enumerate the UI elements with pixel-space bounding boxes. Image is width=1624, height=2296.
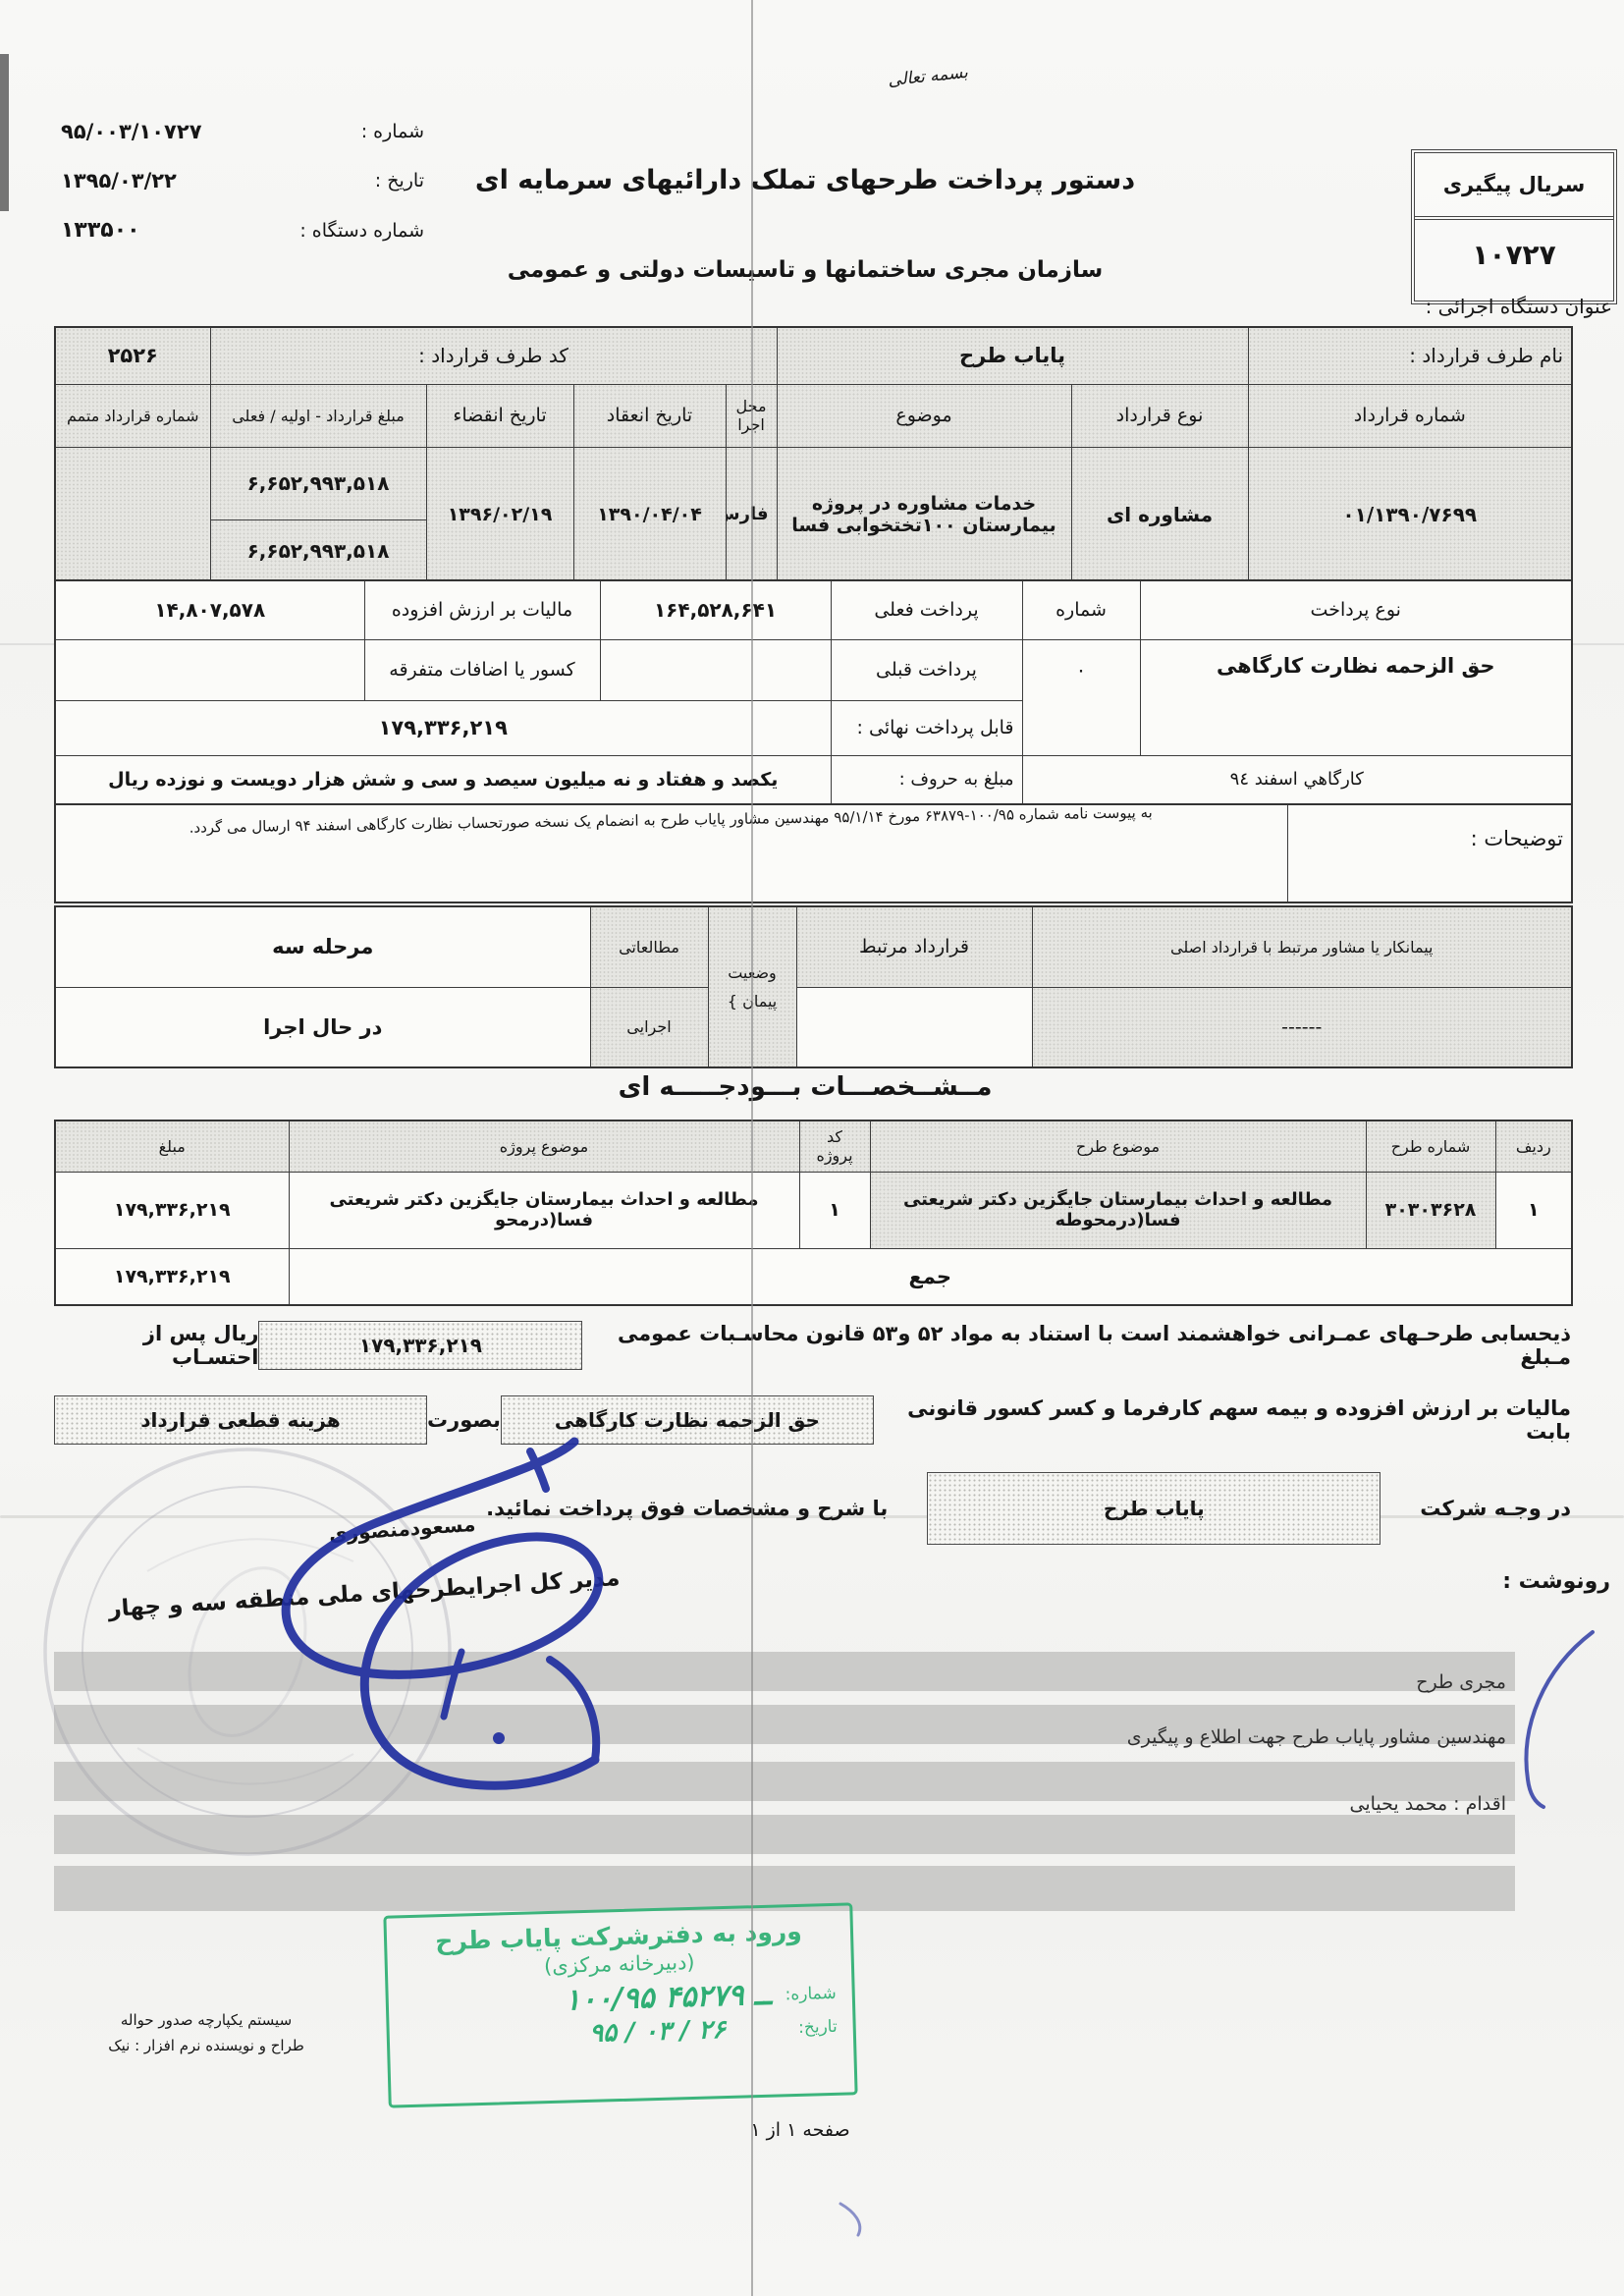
- budget-header-plan-subject: موضوع طرح: [870, 1121, 1366, 1172]
- pact-brace: {: [728, 992, 737, 1011]
- copy-item-action: اقدام : محمد یحیایی: [1350, 1793, 1507, 1815]
- final-payable-label: قابل پرداخت نهائی :: [831, 700, 1022, 755]
- amount-in-words-value: یکصد و هفتاد و نه میلیون سیصد و سی و شش …: [55, 755, 831, 804]
- payment-type-value: حق الزحمه نظارت کارگاهی: [1140, 639, 1572, 755]
- tracking-serial-box: سریال پیگیری ۱۰۷۲۷: [1411, 149, 1617, 304]
- instruction-amount-box: ۱۷۹,۳۳۶,۲۱۹: [258, 1321, 582, 1370]
- copy-item-consultant: مهندسین مشاور پایاب طرح جهت اطلاع و پیگی…: [1127, 1726, 1506, 1748]
- vertical-fold-line: [751, 0, 753, 2296]
- vat-label: مالیات بر ارزش افزوده: [364, 580, 600, 639]
- contract-sign-date-header: تاریخ انعقاد: [573, 384, 726, 447]
- redaction-bar: [54, 1762, 1515, 1801]
- contract-supplement-header: شماره قرارداد متمم: [55, 384, 210, 447]
- related-contract-header: قرارداد مرتبط: [796, 906, 1032, 987]
- previous-payment-value: [600, 639, 831, 700]
- state-value: در حال اجرا: [55, 987, 590, 1067]
- budget-row-plan-subject: مطالعه و احداث بیمارستان جایگزین دکتر شر…: [870, 1172, 1366, 1248]
- doc-date-value: ۱۳۹۵/۰۳/۲۲: [61, 169, 177, 192]
- budget-row-project-code: ۱: [799, 1172, 870, 1248]
- exec-option-label: اجرایی: [590, 987, 708, 1067]
- instruction-line3-tail: با شرح و مشخصات فوق پرداخت نمائید.: [486, 1497, 888, 1520]
- doc-number-value: ۹۵/۰۰۳/۱۰۷۲۷: [61, 120, 202, 143]
- budget-header-project-subject: موضوع پروژه: [289, 1121, 799, 1172]
- party-name-value: پایاب طرح: [777, 327, 1248, 384]
- software-credit: سیستم یکپارچه صدور حواله طراح و نویسنده …: [88, 2011, 324, 2054]
- page-number: صفحه ۱ از ۱: [687, 2119, 913, 2141]
- contract-number-value: ۰۱/۱۳۹۰/۷۶۹۹: [1248, 447, 1572, 582]
- vat-value: ۱۴,۸۰۷,۵۷۸: [55, 580, 364, 639]
- organization-name: سازمان مجری ساختمانها و تاسیسات دولتی و …: [422, 257, 1188, 283]
- instruction-line1-tail: ریال پس از احتسـاب: [54, 1322, 258, 1369]
- payment-table: نوع پرداخت شماره پرداخت فعلی ۱۶۴,۵۲۸,۶۴۱…: [54, 579, 1573, 805]
- header-meta: شماره : ۹۵/۰۰۳/۱۰۷۲۷ تاریخ : ۱۳۹۵/۰۳/۲۲ …: [61, 120, 424, 243]
- study-option-label: مطالعاتی: [590, 906, 708, 987]
- budget-header-amount: مبلغ: [55, 1121, 289, 1172]
- budget-table: ردیف شماره طرح موضوع طرح کد پروژه موضوع …: [54, 1120, 1573, 1306]
- contract-amount-header: مبلغ قرارداد - اولیه / فعلی: [210, 384, 426, 447]
- party-name-label: نام طرف قرارداد :: [1248, 327, 1572, 384]
- contract-amount-current: ۶,۶۵۲,۹۹۳,۵۱۸: [210, 519, 426, 582]
- payment-type-header: نوع پرداخت: [1140, 580, 1572, 639]
- instruction-cost-type-box: هزینه قطعی قرارداد: [54, 1395, 427, 1445]
- contract-type-header: نوع قرارداد: [1071, 384, 1248, 447]
- payment-number-value: ۰: [1022, 639, 1140, 755]
- final-payable-value: ۱۷۹,۳۳۶,۲۱۹: [55, 700, 831, 755]
- redaction-bar: [54, 1652, 1515, 1691]
- tracking-serial-value: ۱۰۷۲۷: [1415, 220, 1613, 289]
- doc-date-label: تاریخ :: [375, 170, 424, 191]
- budget-row-project-subject: مطالعه و احداث بیمارستان جایگزین دکتر شر…: [289, 1172, 799, 1248]
- copy-item-executor: مجری طرح: [1416, 1671, 1506, 1693]
- budget-row-plan-no: ۳۰۳۰۳۶۲۸: [1366, 1172, 1495, 1248]
- status-table: پیمانکار یا مشاور مرتبط با قرارداد اصلی …: [54, 905, 1573, 1068]
- signatory-title: مدیر کل اجرایطرحهای ملی منطقه سه و چهار: [108, 1565, 621, 1622]
- company-entry-stamp: ورود به دفترشرکت پایاب طرح (دبیرخانه مرک…: [383, 1902, 857, 2107]
- amount-in-words-label: مبلغ به حروف :: [831, 755, 1022, 804]
- contract-expiry-date-value: ۱۳۹۶/۰۲/۱۹: [426, 447, 573, 582]
- contract-amount-initial: ۶,۶۵۲,۹۹۳,۵۱۸: [210, 447, 426, 519]
- device-number-label: شماره دستگاه :: [299, 220, 424, 242]
- contract-number-header: شماره قرارداد: [1248, 384, 1572, 447]
- related-contractor-header: پیمانکار یا مشاور مرتبط با قرارداد اصلی: [1032, 906, 1572, 987]
- contract-expiry-date-header: تاریخ انقضاء: [426, 384, 573, 447]
- party-code-label: کد طرف قرارداد :: [210, 327, 777, 384]
- contract-subject-header: موضوع: [777, 384, 1071, 447]
- software-credit-line1: سیستم یکپارچه صدور حواله: [88, 2011, 324, 2029]
- entry-stamp-number-value: ۱۰۰/۹۵ ــ ۴۵۲۷۹: [565, 1978, 772, 2018]
- doc-number-label: شماره :: [361, 121, 424, 142]
- budget-section-title: مــشــخصـــات بـــودجـــــه ای: [422, 1072, 1188, 1102]
- payee-company-box: پایاب طرح: [927, 1472, 1380, 1545]
- budget-row-index: ۱: [1495, 1172, 1572, 1248]
- scan-edge-shadow: [0, 54, 9, 211]
- previous-payment-label: پرداخت قبلی: [831, 639, 1022, 700]
- party-code-value: ۲۵۲۶: [55, 327, 210, 384]
- device-number-value: ۱۳۳۵۰۰: [61, 218, 140, 243]
- contract-supplement-value: [55, 447, 210, 582]
- budget-sum-value: ۱۷۹,۳۳۶,۲۱۹: [55, 1248, 289, 1305]
- payment-instruction-block: ذیحسابی طرحـهای عمـرانی خواهشمند است با …: [54, 1321, 1571, 1545]
- remarks-table: توضیحات : به پیوست نامه شماره ۱۰۰/۹۵-۶۳۸…: [54, 803, 1573, 903]
- misc-deductions-label: کسور یا اضافات متفرقه: [364, 639, 600, 700]
- related-contract-value: [796, 987, 1032, 1067]
- instruction-line3-text: در وجـه شرکت: [1420, 1497, 1571, 1520]
- budget-header-index: ردیف: [1495, 1121, 1572, 1172]
- entry-stamp-number-label: شماره:: [785, 1983, 837, 2003]
- instruction-line2-mid: بصورت: [427, 1408, 501, 1432]
- related-contractor-value: ------: [1032, 987, 1572, 1067]
- contract-sign-date-value: ۱۳۹۰/۰۴/۰۴: [573, 447, 726, 582]
- misc-deductions-value: [55, 639, 364, 700]
- remarks-label: توضیحات :: [1287, 804, 1572, 902]
- bismillah: بسمه تعالی: [839, 58, 1016, 96]
- redaction-bar: [54, 1815, 1515, 1854]
- payment-number-header: شماره: [1022, 580, 1140, 639]
- pact-word: پیمان: [742, 992, 777, 1011]
- budget-row-amount: ۱۷۹,۳۳۶,۲۱۹: [55, 1172, 289, 1248]
- stage-value: مرحله سه: [55, 906, 590, 987]
- executive-agency-label: عنوان دستگاه اجرائی :: [1426, 295, 1612, 318]
- budget-header-plan-no: شماره طرح: [1366, 1121, 1495, 1172]
- current-payment-label: پرداخت فعلی: [831, 580, 1022, 639]
- contract-table: نام طرف قرارداد : پایاب طرح کد طرف قرارد…: [54, 326, 1573, 583]
- remarks-text: به پیوست نامه شماره ۱۰۰/۹۵-۶۳۸۷۹ مورخ ۹۵…: [54, 794, 1287, 912]
- contract-type-value: مشاوره ای: [1071, 447, 1248, 582]
- entry-stamp-date-label: تاریخ:: [798, 2017, 838, 2038]
- budget-sum-label: جمع: [289, 1248, 1572, 1305]
- instruction-line1-text: ذیحسابی طرحـهای عمـرانی خواهشمند است با …: [582, 1322, 1571, 1369]
- budget-header-project-code: کد پروژه: [799, 1121, 870, 1172]
- tracking-serial-label: سریال پیگیری: [1415, 153, 1613, 220]
- payment-order-document: بسمه تعالی سریال پیگیری ۱۰۷۲۷ دستور پردا…: [0, 0, 1624, 2296]
- instruction-line2-text: مالیات بر ارزش افزوده و بیمه سهم کارفرما…: [874, 1396, 1571, 1444]
- instruction-payment-type-box: حق الزحمه نظارت کارگاهی: [501, 1395, 874, 1445]
- software-credit-line2: طراح و نویسنده نرم افزار : نیک: [88, 2037, 324, 2054]
- document-title: دستور پرداخت طرحهای تملک دارائیهای سرمای…: [393, 165, 1218, 195]
- contract-subject-value: خدمات مشاوره در پروژه بیمارستان ۱۰۰تختخو…: [777, 447, 1071, 582]
- copies-label: رونوشت :: [1502, 1569, 1610, 1594]
- current-payment-value: ۱۶۴,۵۲۸,۶۴۱: [600, 580, 831, 639]
- entry-stamp-date-value: ۹۵ / ۰۳ / ۲۶: [589, 2015, 727, 2049]
